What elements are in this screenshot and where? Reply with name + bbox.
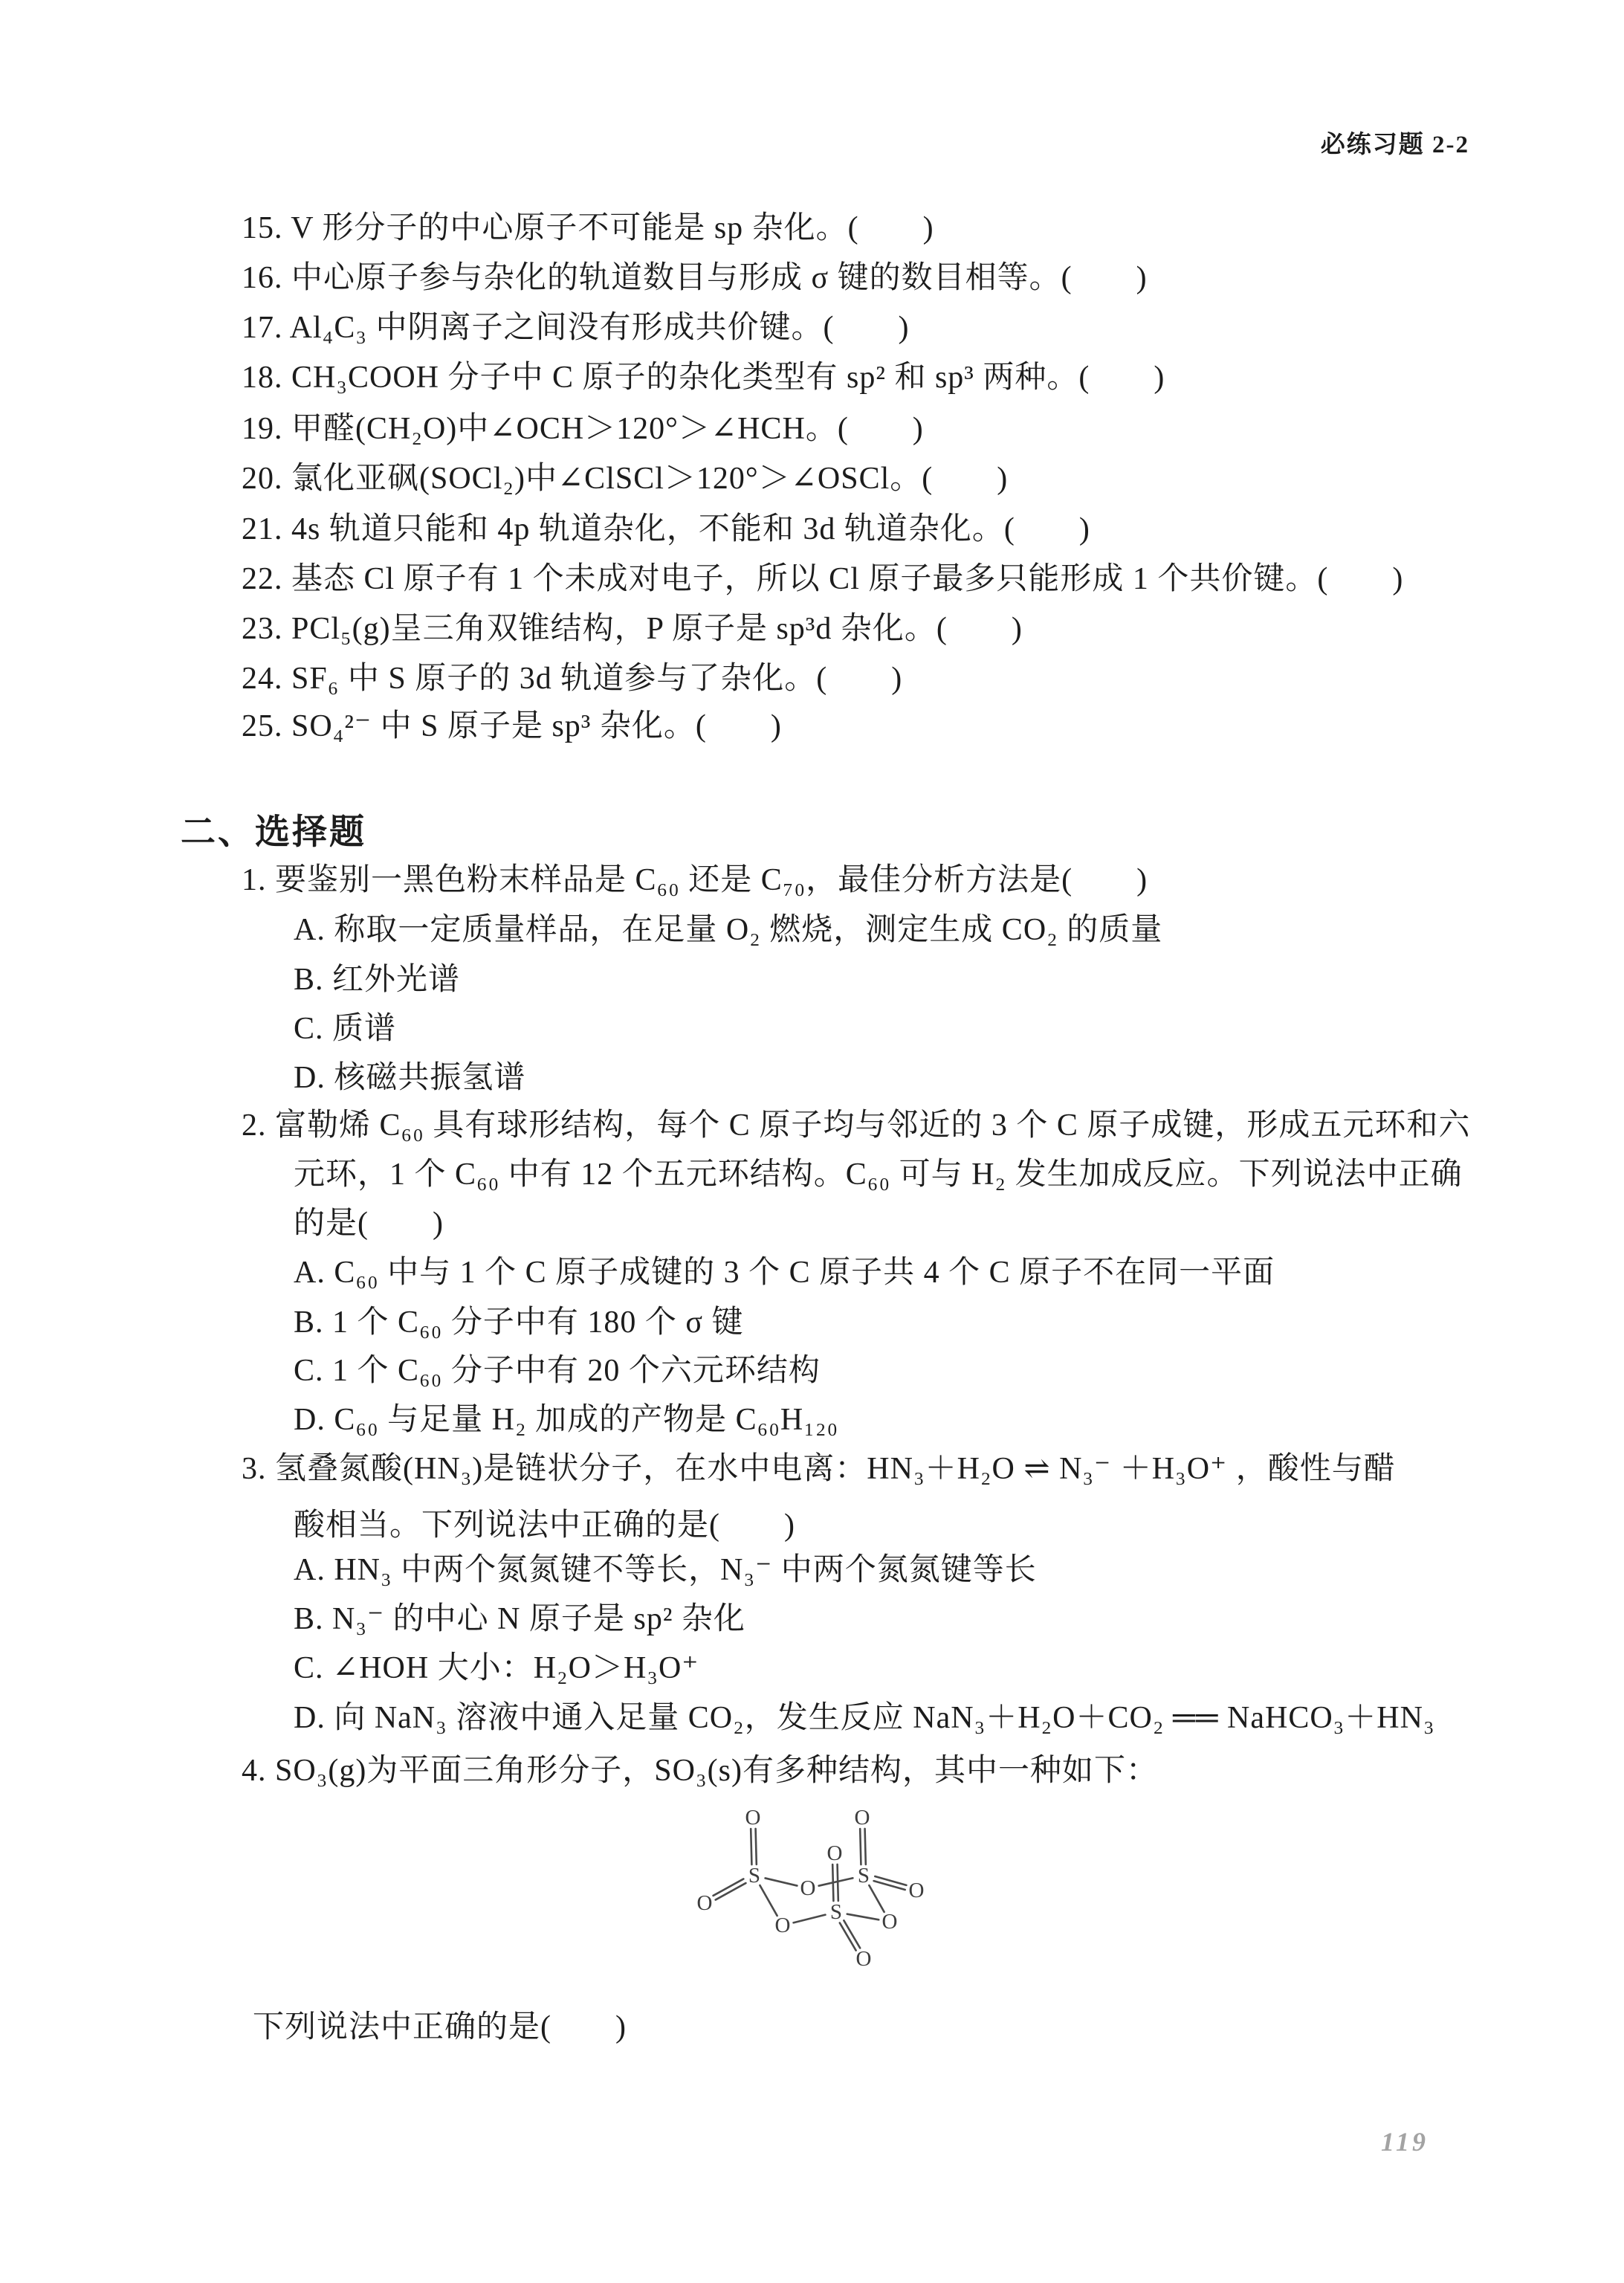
tf-question-25: 25. SO₄²⁻ 中 S 原子是 sp³ 杂化。( ): [242, 708, 782, 744]
bond-double: [751, 1829, 751, 1864]
mc-q1-stem: 1. 要鉴别一黑色粉末样品是 C₆₀ 还是 C₇₀，最佳分析方法是( ): [242, 862, 1148, 898]
mc-q1-option-b: B. 红外光谱: [294, 962, 460, 998]
so3-structure-diagram: SSSOOOOOOOOO: [684, 1803, 936, 1977]
atom-label-O: O: [856, 1947, 872, 1971]
mc-q2-option-a: A. C₆₀ 中与 1 个 C 原子成键的 3 个 C 原子共 4 个 C 原子…: [294, 1255, 1275, 1291]
atom-label-S: S: [748, 1864, 760, 1888]
bond-double: [860, 1829, 861, 1864]
atom-label-O: O: [855, 1806, 870, 1830]
mc-q4-followup: 下列说法中正确的是( ): [253, 2009, 627, 2045]
tf-question-24: 24. SF₆ 中 S 原子的 3d 轨道参与了杂化。( ): [242, 661, 902, 697]
mc-q3-option-a: A. HN₃ 中两个氮氮键不等长，N₃⁻ 中两个氮氮键等长: [294, 1552, 1037, 1588]
atom-label-O: O: [775, 1914, 791, 1937]
mc-q3-stem-line1: 3. 氢叠氮酸(HN₃)是链状分子，在水中电离：HN₃＋H₂O ⇌ N₃⁻ ＋H…: [242, 1451, 1396, 1487]
mc-q2-option-b: B. 1 个 C₆₀ 分子中有 180 个 σ 键: [294, 1305, 743, 1340]
mc-q3-option-b: B. N₃⁻ 的中心 N 原子是 sp² 杂化: [294, 1601, 745, 1637]
mc-q2-stem-line3: 的是( ): [294, 1206, 444, 1241]
so3-structure-svg: SSSOOOOOOOOO: [684, 1803, 936, 1977]
tf-question-18: 18. CH₃COOH 分子中 C 原子的杂化类型有 sp² 和 sp³ 两种。…: [242, 360, 1165, 395]
atom-label-O: O: [909, 1879, 925, 1902]
mc-q2-stem-line2: 元环，1 个 C₆₀ 中有 12 个五元环结构。C₆₀ 可与 H₂ 发生加成反应…: [294, 1157, 1463, 1192]
tf-question-19: 19. 甲醛(CH₂O)中∠OCH＞120°＞∠HCH。( ): [242, 411, 924, 447]
bond-single: [760, 1885, 777, 1916]
atom-label-O: O: [827, 1841, 843, 1865]
mc-q1-option-c: C. 质谱: [294, 1011, 396, 1047]
tf-question-22: 22. 基态 Cl 原子有 1 个未成对电子，所以 Cl 原子最多只能形成 1 …: [242, 561, 1403, 597]
tf-question-23: 23. PCl₅(g)呈三角双锥结构，P 原子是 sp³d 杂化。( ): [242, 611, 1023, 647]
mc-q3-option-c: C. ∠HOH 大小：H₂O＞H₃O⁺: [294, 1650, 699, 1686]
textbook-page: 必练习题 2-2 15. V 形分子的中心原子不可能是 sp 杂化。( ) 16…: [0, 0, 1624, 2283]
mc-q2-option-c: C. 1 个 C₆₀ 分子中有 20 个六元环结构: [294, 1353, 821, 1389]
atom-label-S: S: [830, 1900, 842, 1924]
bond-double: [756, 1829, 757, 1864]
bond-single: [869, 1885, 884, 1912]
mc-q4-stem: 4. SO₃(g)为平面三角形分子，SO₃(s)有多种结构，其中一种如下：: [242, 1753, 1158, 1789]
bond-double: [838, 1864, 838, 1901]
mc-q1-option-a: A. 称取一定质量样品，在足量 O₂ 燃烧，测定生成 CO₂ 的质量: [294, 912, 1162, 948]
bond-single: [847, 1914, 879, 1920]
tf-question-15: 15. V 形分子的中心原子不可能是 sp 杂化。( ): [242, 210, 934, 246]
bond-double: [875, 1876, 906, 1885]
page-header: 必练习题 2-2: [1321, 125, 1469, 160]
bond-single: [766, 1878, 798, 1885]
mc-q3-stem-line2: 酸相当。下列说法中正确的是( ): [294, 1508, 795, 1543]
bond-single: [819, 1878, 853, 1885]
mc-q3-option-d: D. 向 NaN₃ 溶液中通入足量 CO₂，发生反应 NaN₃＋H₂O＋CO₂ …: [294, 1700, 1435, 1736]
tf-question-21: 21. 4s 轨道只能和 4p 轨道杂化，不能和 3d 轨道杂化。( ): [242, 511, 1090, 547]
tf-question-17: 17. Al₄C₃ 中阴离子之间没有形成共价键。( ): [242, 310, 909, 346]
bond-double: [865, 1829, 866, 1864]
tf-question-20: 20. 氯化亚砜(SOCl₂)中∠ClSCl＞120°＞∠OSCl。( ): [242, 461, 1008, 497]
atom-label-O: O: [745, 1806, 761, 1830]
section-title-choice: 二、选择题: [181, 804, 366, 854]
tf-question-16: 16. 中心原子参与杂化的轨道数目与形成 σ 键的数目相等。( ): [242, 260, 1148, 296]
mc-q2-stem-line1: 2. 富勒烯 C₆₀ 具有球形结构，每个 C 原子均与邻近的 3 个 C 原子成…: [242, 1108, 1470, 1143]
bond-single: [794, 1915, 826, 1923]
page-number: 119: [1381, 2126, 1429, 2157]
mc-q2-option-d: D. C₆₀ 与足量 H₂ 加成的产物是 C₆₀H₁₂₀: [294, 1402, 838, 1438]
bond-double: [874, 1881, 905, 1890]
atom-label-O: O: [882, 1910, 898, 1934]
mc-q1-option-d: D. 核磁共振氢谱: [294, 1060, 525, 1096]
atom-label-S: S: [858, 1864, 870, 1888]
atom-label-O: O: [800, 1876, 816, 1900]
atom-label-O: O: [697, 1891, 713, 1915]
